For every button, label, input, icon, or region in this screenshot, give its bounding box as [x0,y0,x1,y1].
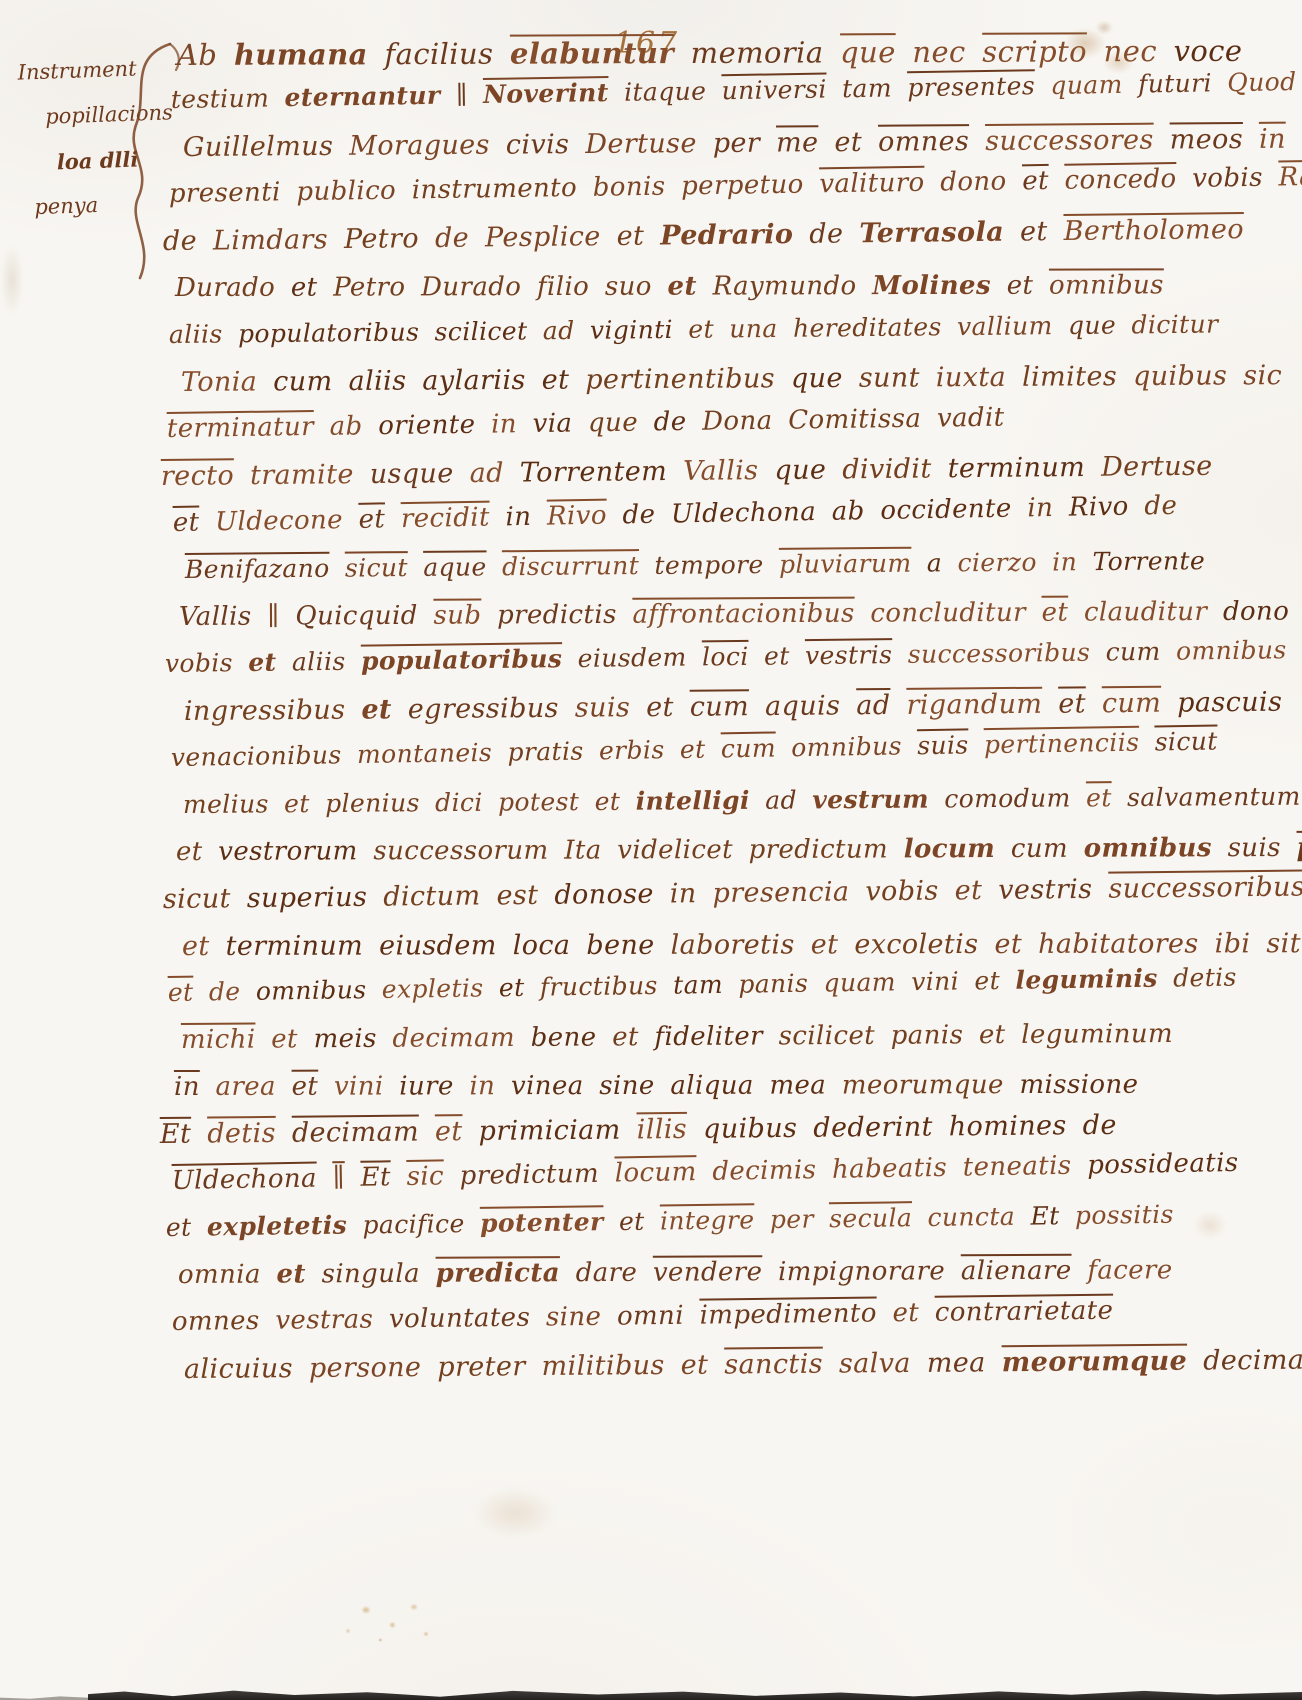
text-line: alicuius persone preter militibus et san… [184,1345,1254,1401]
manuscript-text-block: Ab humana facilius elabuntur memoria que… [168,38,1238,1401]
page-edge-shadow [0,220,40,340]
text-line: michi et meis decimam bene et fideliter … [181,1018,1251,1072]
foxing-stain [330,1592,450,1652]
text-line: aliis populatoribus scilicet ad viginti … [169,309,1239,367]
torn-bottom-edge [0,1694,100,1700]
foxing-stain [440,1468,590,1558]
text-line: melius et plenius dici potest et intelli… [183,782,1253,837]
manuscript-page: 167 Instrumentpopillacionsloa dllipenya … [0,0,1302,1700]
text-line: Benifazano sicut aque discurrunt tempore… [185,546,1255,602]
torn-bottom-edge [88,1687,1302,1700]
